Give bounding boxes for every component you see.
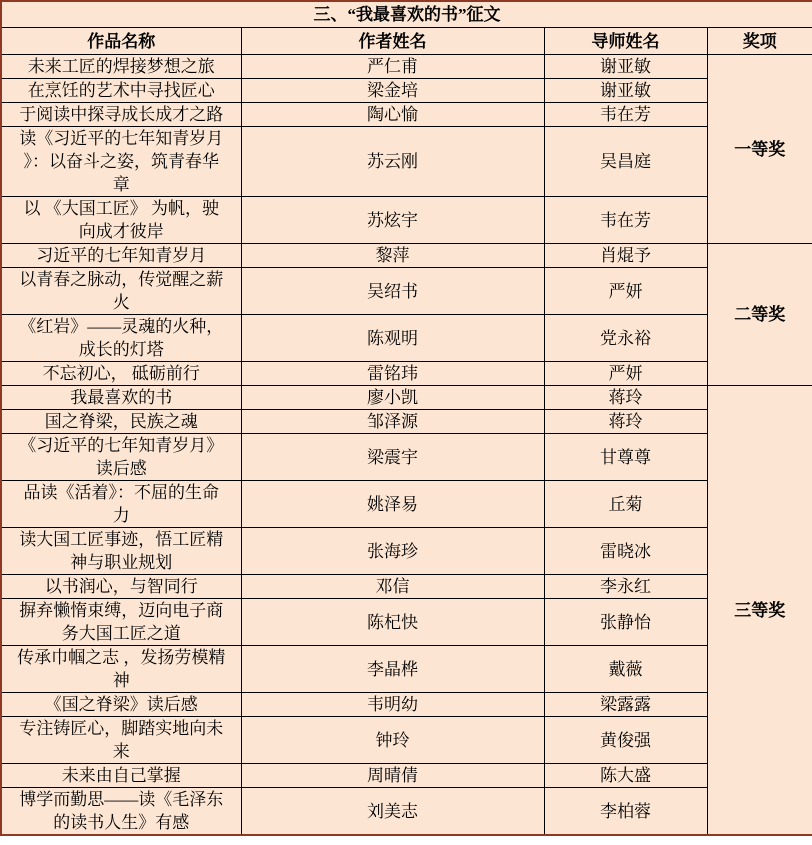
- column-header-author: 作者姓名: [241, 28, 544, 55]
- work-title-cell: 未来由自己掌握: [1, 764, 241, 788]
- mentor-name-cell: 李柏蓉: [544, 788, 707, 836]
- author-name-cell: 吴绍书: [241, 268, 544, 315]
- author-name-cell: 陈观明: [241, 315, 544, 362]
- work-title-cell: 《红岩》——灵魂的火种， 成长的灯塔: [1, 315, 241, 362]
- work-title-cell: 品读《活着》：不屈的生命 力: [1, 481, 241, 528]
- table-row: 《习近平的七年知青岁月》 读后感梁震宇甘尊尊: [1, 434, 812, 481]
- author-name-cell: 周晴倩: [241, 764, 544, 788]
- mentor-name-cell: 韦在芳: [544, 103, 707, 127]
- author-name-cell: 雷铭玮: [241, 362, 544, 386]
- author-name-cell: 邓信: [241, 575, 544, 599]
- mentor-name-cell: 谢亚敏: [544, 79, 707, 103]
- table-row: 在烹饪的艺术中寻找匠心梁金培谢亚敏: [1, 79, 812, 103]
- author-name-cell: 邹泽源: [241, 410, 544, 434]
- award-cell: 三等奖: [707, 386, 812, 836]
- column-header-mentor: 导师姓名: [544, 28, 707, 55]
- mentor-name-cell: 陈大盛: [544, 764, 707, 788]
- work-title-cell: 传承巾帼之志 ，发扬劳模精 神: [1, 646, 241, 693]
- mentor-name-cell: 戴薇: [544, 646, 707, 693]
- table-row: 国之脊梁，民族之魂邹泽源蒋玲: [1, 410, 812, 434]
- table-row: 专注铸匠心，脚踏实地向未 来钟玲黄俊强: [1, 717, 812, 764]
- table-row: 《国之脊梁》读后感韦明幼梁露露: [1, 693, 812, 717]
- work-title-cell: 《习近平的七年知青岁月》 读后感: [1, 434, 241, 481]
- work-title-cell: 国之脊梁，民族之魂: [1, 410, 241, 434]
- author-name-cell: 陈杞快: [241, 599, 544, 646]
- work-title-cell: 不忘初心， 砥砺前行: [1, 362, 241, 386]
- table-row: 读《习近平的七年知青岁月 》：以奋斗之姿，筑青春华 章苏云刚吴昌庭: [1, 127, 812, 197]
- table-row: 博学而勤思——读《毛泽东 的读书人生》有感刘美志李柏蓉: [1, 788, 812, 836]
- table-body: 未来工匠的焊接梦想之旅严仁甫谢亚敏一等奖在烹饪的艺术中寻找匠心梁金培谢亚敏于阅读…: [1, 55, 812, 836]
- work-title-cell: 专注铸匠心，脚踏实地向未 来: [1, 717, 241, 764]
- table-row: 于阅读中探寻成长成才之路陶心愉韦在芳: [1, 103, 812, 127]
- mentor-name-cell: 梁露露: [544, 693, 707, 717]
- work-title-cell: 《国之脊梁》读后感: [1, 693, 241, 717]
- author-name-cell: 韦明幼: [241, 693, 544, 717]
- table-row: 习近平的七年知青岁月黎萍肖焜予二等奖: [1, 244, 812, 268]
- work-title-cell: 于阅读中探寻成长成才之路: [1, 103, 241, 127]
- mentor-name-cell: 丘菊: [544, 481, 707, 528]
- work-title-cell: 以 《大国工匠》 为帆，驶 向成才彼岸: [1, 197, 241, 244]
- mentor-name-cell: 蒋玲: [544, 410, 707, 434]
- column-header-award: 奖项: [707, 28, 812, 55]
- author-name-cell: 李晶桦: [241, 646, 544, 693]
- mentor-name-cell: 党永裕: [544, 315, 707, 362]
- table-row: 以 《大国工匠》 为帆，驶 向成才彼岸苏炫宇韦在芳: [1, 197, 812, 244]
- work-title-cell: 我最喜欢的书: [1, 386, 241, 410]
- mentor-name-cell: 李永红: [544, 575, 707, 599]
- mentor-name-cell: 韦在芳: [544, 197, 707, 244]
- work-title-cell: 读《习近平的七年知青岁月 》：以奋斗之姿，筑青春华 章: [1, 127, 241, 197]
- table-row: 未来工匠的焊接梦想之旅严仁甫谢亚敏一等奖: [1, 55, 812, 79]
- mentor-name-cell: 严妍: [544, 268, 707, 315]
- author-name-cell: 廖小凯: [241, 386, 544, 410]
- table-row: 《红岩》——灵魂的火种， 成长的灯塔陈观明党永裕: [1, 315, 812, 362]
- work-title-cell: 习近平的七年知青岁月: [1, 244, 241, 268]
- work-title-cell: 未来工匠的焊接梦想之旅: [1, 55, 241, 79]
- table-row: 不忘初心， 砥砺前行雷铭玮严妍: [1, 362, 812, 386]
- author-name-cell: 苏炫宇: [241, 197, 544, 244]
- work-title-cell: 博学而勤思——读《毛泽东 的读书人生》有感: [1, 788, 241, 836]
- table-row: 摒弃懒惰束缚，迈向电子商 务大国工匠之道陈杞快张静怡: [1, 599, 812, 646]
- table-title: 三、“我最喜欢的书”征文: [1, 1, 812, 28]
- work-title-cell: 摒弃懒惰束缚，迈向电子商 务大国工匠之道: [1, 599, 241, 646]
- table-header-row: 作品名称 作者姓名 导师姓名 奖项: [1, 28, 812, 55]
- table-row: 以青春之脉动，传觉醒之薪 火吴绍书严妍: [1, 268, 812, 315]
- table-row: 读大国工匠事迹，悟工匠精 神与职业规划张海珍雷晓冰: [1, 528, 812, 575]
- author-name-cell: 苏云刚: [241, 127, 544, 197]
- author-name-cell: 钟玲: [241, 717, 544, 764]
- award-cell: 一等奖: [707, 55, 812, 244]
- mentor-name-cell: 严妍: [544, 362, 707, 386]
- mentor-name-cell: 谢亚敏: [544, 55, 707, 79]
- author-name-cell: 张海珍: [241, 528, 544, 575]
- mentor-name-cell: 甘尊尊: [544, 434, 707, 481]
- essay-award-table: 三、“我最喜欢的书”征文 作品名称 作者姓名 导师姓名 奖项 未来工匠的焊接梦想…: [0, 0, 812, 836]
- mentor-name-cell: 张静怡: [544, 599, 707, 646]
- table-title-row: 三、“我最喜欢的书”征文: [1, 1, 812, 28]
- author-name-cell: 姚泽易: [241, 481, 544, 528]
- table-row: 传承巾帼之志 ，发扬劳模精 神李晶桦戴薇: [1, 646, 812, 693]
- table-row: 我最喜欢的书廖小凯蒋玲三等奖: [1, 386, 812, 410]
- mentor-name-cell: 肖焜予: [544, 244, 707, 268]
- author-name-cell: 黎萍: [241, 244, 544, 268]
- table-row: 以书润心，与智同行邓信李永红: [1, 575, 812, 599]
- work-title-cell: 以青春之脉动，传觉醒之薪 火: [1, 268, 241, 315]
- work-title-cell: 读大国工匠事迹，悟工匠精 神与职业规划: [1, 528, 241, 575]
- mentor-name-cell: 雷晓冰: [544, 528, 707, 575]
- author-name-cell: 陶心愉: [241, 103, 544, 127]
- work-title-cell: 在烹饪的艺术中寻找匠心: [1, 79, 241, 103]
- work-title-cell: 以书润心，与智同行: [1, 575, 241, 599]
- award-cell: 二等奖: [707, 244, 812, 386]
- mentor-name-cell: 黄俊强: [544, 717, 707, 764]
- author-name-cell: 梁震宇: [241, 434, 544, 481]
- mentor-name-cell: 蒋玲: [544, 386, 707, 410]
- mentor-name-cell: 吴昌庭: [544, 127, 707, 197]
- column-header-work: 作品名称: [1, 28, 241, 55]
- author-name-cell: 刘美志: [241, 788, 544, 836]
- table-row: 未来由自己掌握周晴倩陈大盛: [1, 764, 812, 788]
- author-name-cell: 严仁甫: [241, 55, 544, 79]
- author-name-cell: 梁金培: [241, 79, 544, 103]
- table-row: 品读《活着》：不屈的生命 力姚泽易丘菊: [1, 481, 812, 528]
